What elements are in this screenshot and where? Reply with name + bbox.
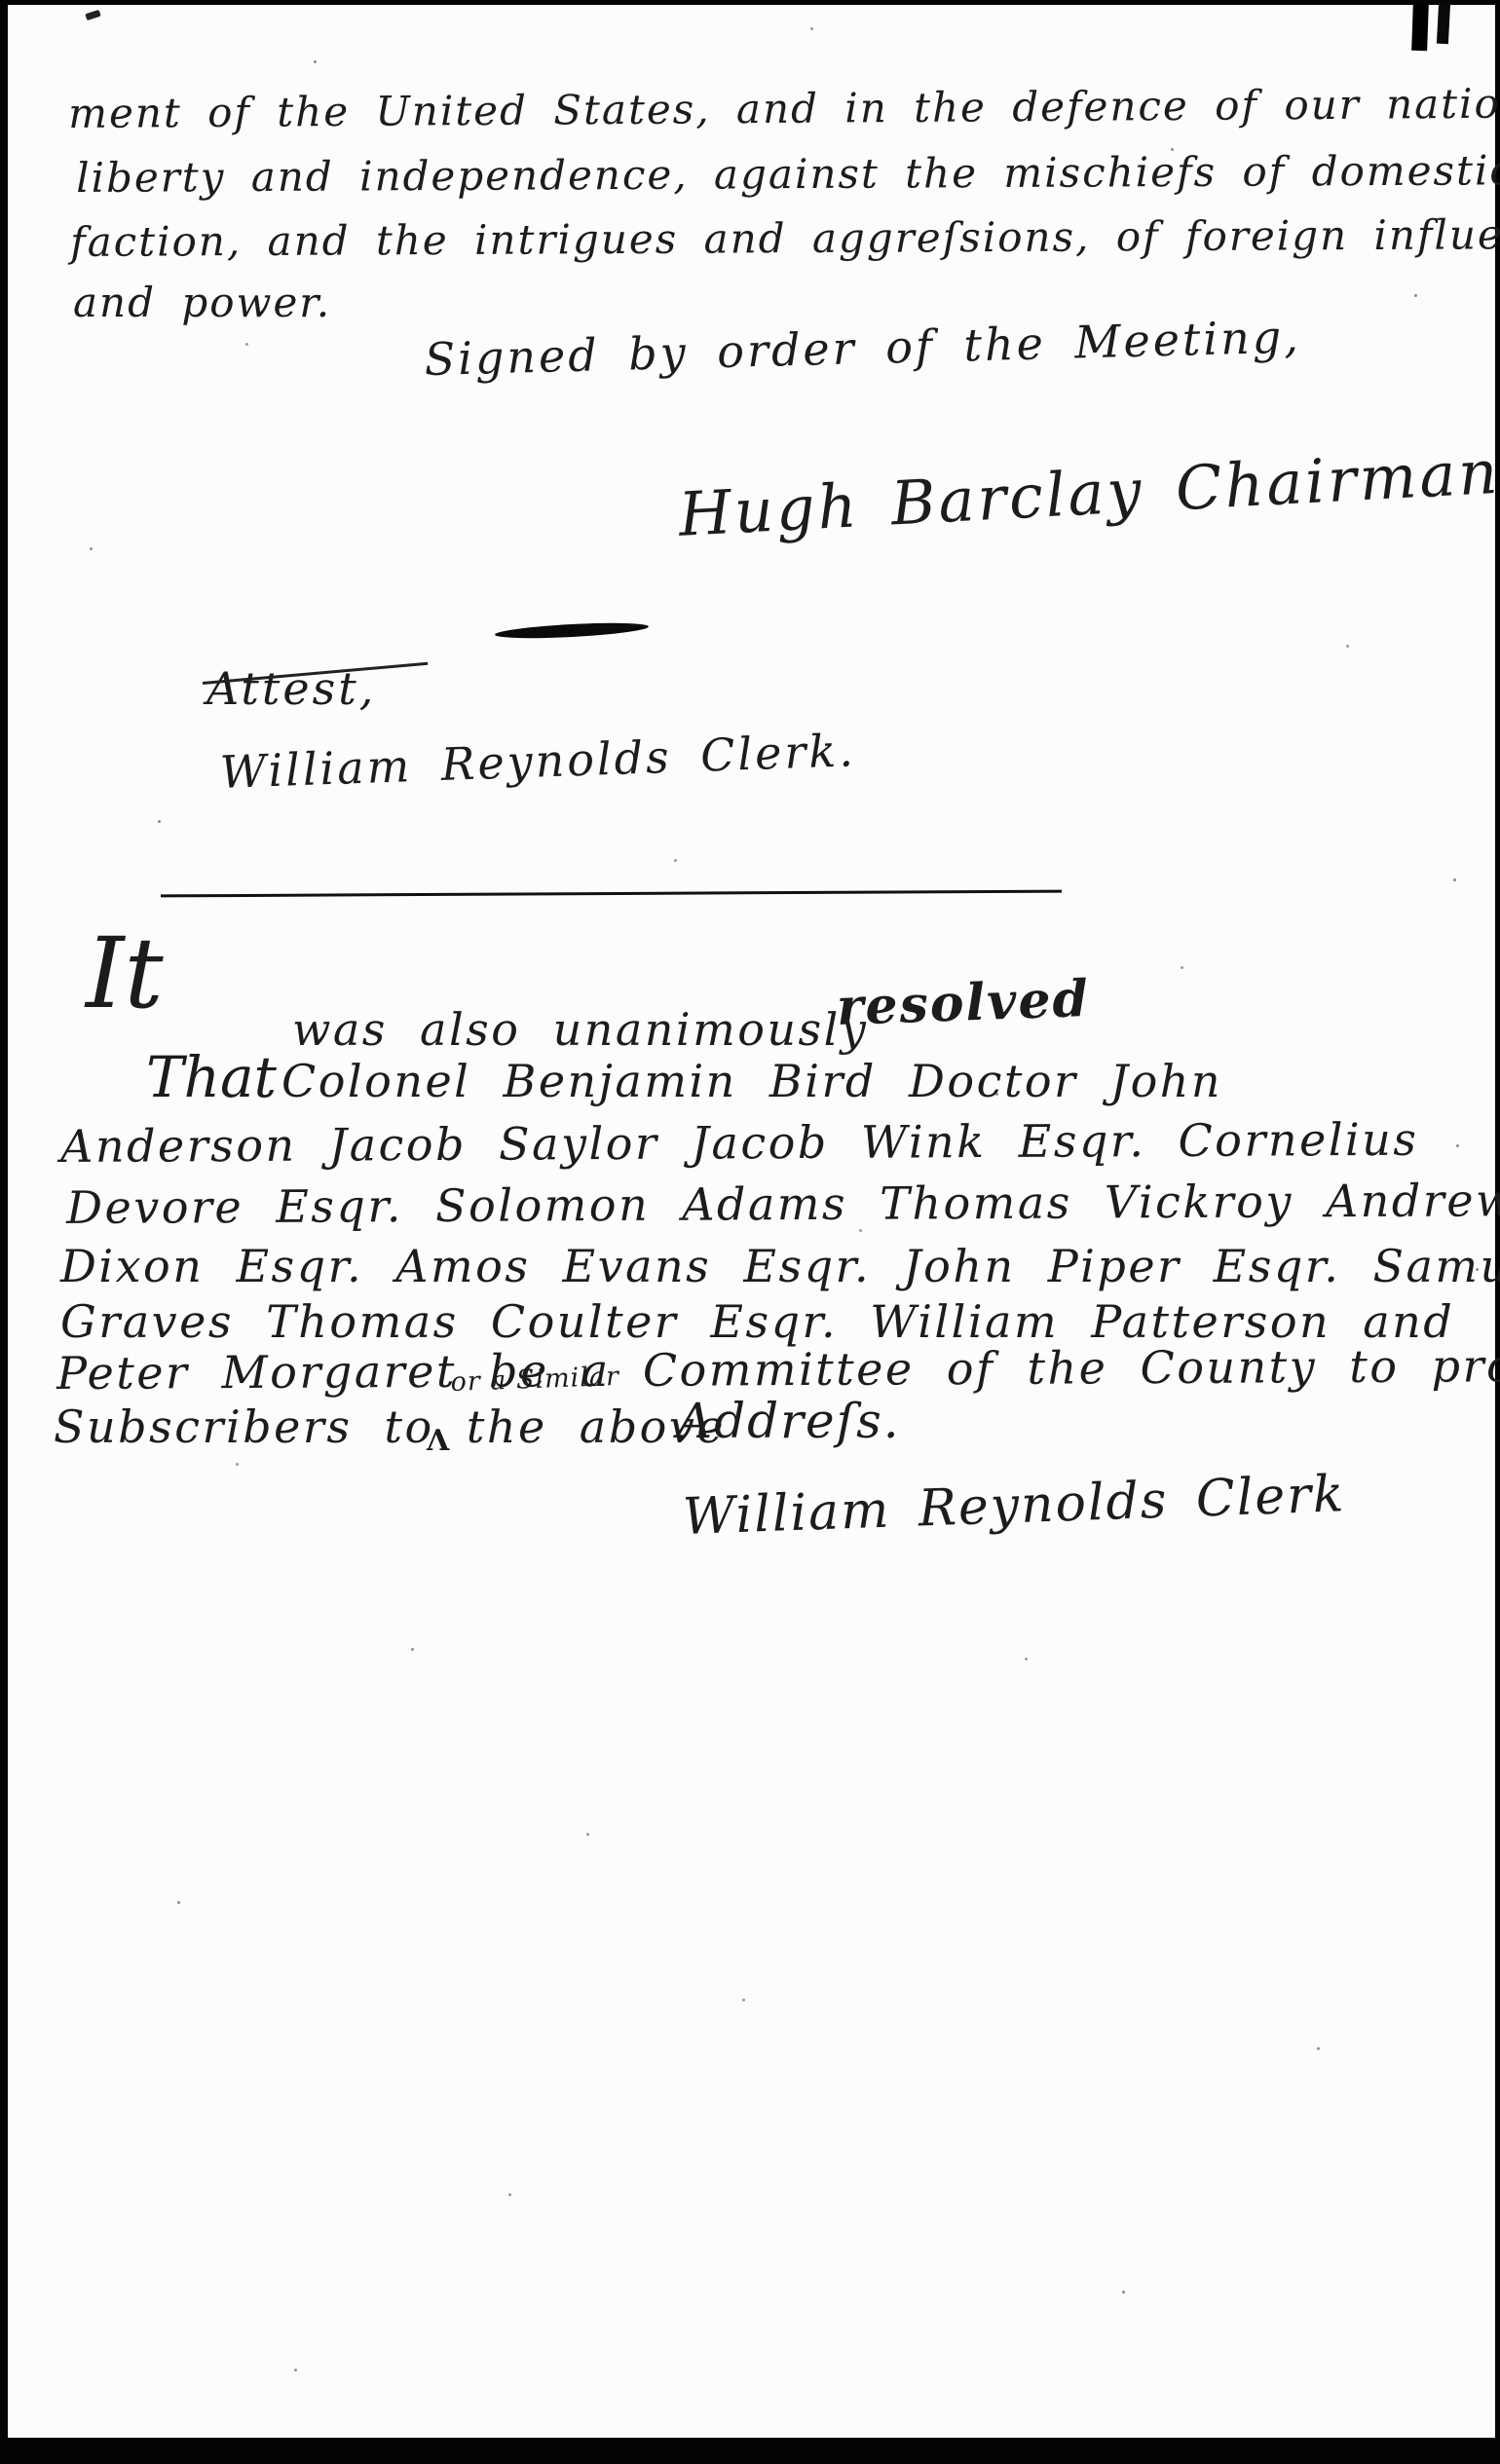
scan-border-top bbox=[0, 0, 1500, 5]
interlinear-insertion: or a Similar bbox=[450, 1362, 619, 1398]
corner-mark-icon bbox=[1411, 3, 1429, 52]
manuscript-line: ment of the United States, and in the de… bbox=[68, 79, 1500, 137]
manuscript-line: Dixon Esqr. Amos Evans Esqr. John Piper … bbox=[60, 1240, 1500, 1292]
ink-smear bbox=[495, 620, 649, 641]
manuscript-line: Devore Esqr. Solomon Adams Thomas Vickro… bbox=[66, 1174, 1500, 1234]
corner-mark-icon bbox=[1437, 3, 1450, 45]
manuscript-page: ment of the United States, and in the de… bbox=[0, 0, 1500, 2464]
manuscript-line: Anderson Jacob Saylor Jacob Wink Esqr. C… bbox=[60, 1113, 1419, 1173]
lead-word: That bbox=[146, 1044, 277, 1110]
line-text: Colonel Benjamin Bird Doctor John bbox=[281, 1055, 1222, 1107]
scan-border-bottom bbox=[0, 2438, 1500, 2464]
resolution-opening-initial: It bbox=[86, 935, 164, 1013]
signature-william-reynolds-clerk: William Reynolds Clerk. bbox=[219, 724, 857, 799]
signed-by-order-line: Signed by order of the Meeting, bbox=[424, 310, 1301, 386]
manuscript-line: Peter Morgaret be a Committee of the Cou… bbox=[56, 1339, 1500, 1400]
manuscript-line: Subscribers to the above bbox=[54, 1400, 726, 1453]
manuscript-line: liberty and independence, against the mi… bbox=[76, 146, 1500, 202]
signature-william-reynolds-clerk-closing: William Reynolds Clerk bbox=[682, 1465, 1346, 1547]
section-divider-line bbox=[161, 890, 1062, 898]
insertion-caret: Λ bbox=[427, 1424, 449, 1458]
ink-speck-icon bbox=[85, 10, 100, 20]
signature-hugh-barclay-chairman: Hugh Barclay Chairman. bbox=[677, 435, 1500, 550]
scan-border-left bbox=[0, 0, 8, 2464]
manuscript-line: Addreſs. bbox=[677, 1393, 901, 1449]
resolution-emphasis-word: resolved bbox=[836, 969, 1091, 1037]
manuscript-line: That Colonel Benjamin Bird Doctor John bbox=[146, 1044, 1222, 1110]
manuscript-line: and power. bbox=[73, 279, 331, 326]
scan-speckles bbox=[0, 0, 3, 3]
scan-border-right bbox=[1495, 0, 1500, 2464]
manuscript-line: faction, and the intrigues and aggreſsio… bbox=[70, 210, 1500, 266]
